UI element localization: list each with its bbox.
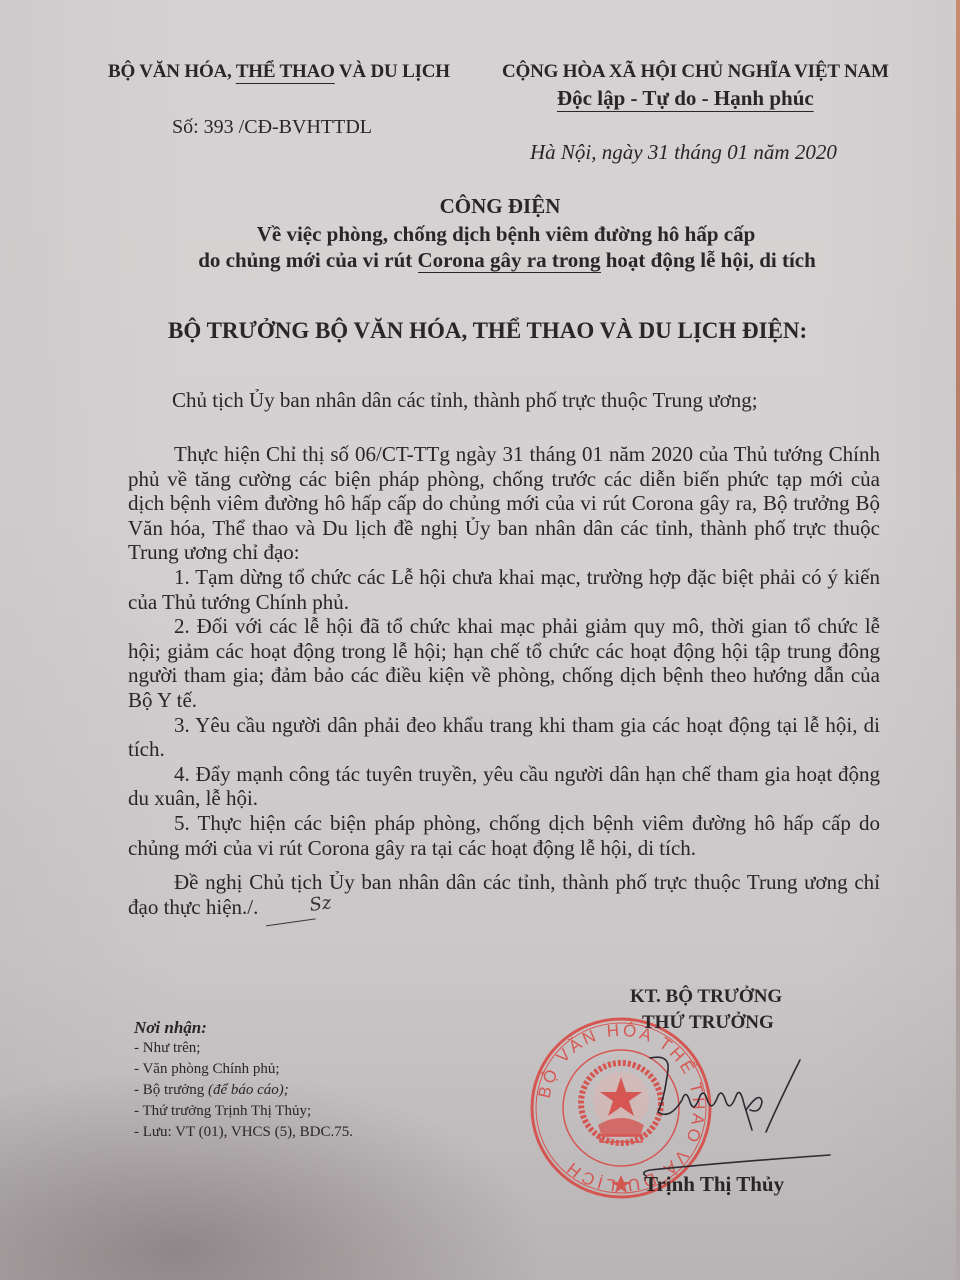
closing-text: Đề nghị Chủ tịch Ủy ban nhân dân các tỉn… [128, 870, 880, 919]
ministry-name: BỘ VĂN HÓA, THỂ THAO VÀ DU LỊCH [108, 61, 450, 83]
addressor-heading: BỘ TRƯỞNG BỘ VĂN HÓA, THỂ THAO VÀ DU LỊC… [168, 318, 807, 344]
handwritten-signature [610, 1040, 870, 1190]
paper-edge [956, 0, 960, 1280]
directive-item-5: 5. Thực hiện các biện pháp phòng, chống … [128, 811, 880, 860]
directive-item-3: 3. Yêu cầu người dân phải đeo khẩu trang… [128, 713, 880, 762]
document-type: CÔNG ĐIỆN [0, 194, 960, 219]
subject-line-1: Về việc phòng, chống dịch bệnh viêm đườn… [0, 222, 960, 247]
subject-underlined-segment: Corona gây ra trong [418, 248, 601, 273]
addressee: Chủ tịch Ủy ban nhân dân các tỉnh, thành… [172, 388, 758, 413]
handwritten-initials: Sz [263, 893, 316, 925]
signer-name: Trịnh Thị Thủy [644, 1172, 784, 1197]
recipient-item: - Lưu: VT (01), VHCS (5), BDC.75. [134, 1122, 353, 1143]
recipient-item: - Như trên; [134, 1038, 353, 1059]
republic-name: CỘNG HÒA XÃ HỘI CHỦ NGHĨA VIỆT NAM [502, 61, 889, 83]
document-body: Thực hiện Chỉ thị số 06/CT-TTg ngày 31 t… [128, 442, 880, 922]
recipients-block: Nơi nhận: - Như trên; - Văn phòng Chính … [134, 1017, 353, 1143]
ministry-name-part3: VÀ DU LỊCH [335, 61, 450, 82]
recipient-minister-note: (để báo cáo); [208, 1082, 289, 1098]
signature-role-line-1: KT. BỘ TRƯỞNG [630, 986, 782, 1008]
subject-line-2: do chủng mới của vi rút Corona gây ra tr… [0, 248, 960, 273]
signature-role-line-2: THỨ TRƯỞNG [642, 1012, 774, 1034]
recipient-item: - Bộ trưởng (để báo cáo); [134, 1080, 353, 1101]
directive-item-2: 2. Đối với các lễ hội đã tổ chức khai mạ… [128, 614, 880, 712]
directive-item-4: 4. Đẩy mạnh công tác tuyên truyền, yêu c… [128, 762, 880, 811]
intro-paragraph: Thực hiện Chỉ thị số 06/CT-TTg ngày 31 t… [128, 442, 880, 565]
recipient-item: - Văn phòng Chính phủ; [134, 1059, 353, 1080]
recipients-title: Nơi nhận: [134, 1017, 353, 1038]
document-number: Số: 393 /CĐ-BVHTTDL [172, 116, 372, 139]
recipient-item: - Thứ trưởng Trịnh Thị Thủy; [134, 1101, 353, 1122]
ministry-name-part2: THỂ THAO [236, 61, 335, 82]
ministry-name-part1: BỘ VĂN HÓA, [108, 61, 236, 82]
directive-item-1: 1. Tạm dừng tổ chức các Lễ hội chưa khai… [128, 565, 880, 614]
recipient-minister: - Bộ trưởng [134, 1082, 208, 1098]
national-motto: Độc lập - Tự do - Hạnh phúc [557, 86, 814, 111]
closing-paragraph: Đề nghị Chủ tịch Ủy ban nhân dân các tỉn… [128, 870, 880, 922]
dateline: Hà Nội, ngày 31 tháng 01 năm 2020 [530, 140, 837, 165]
